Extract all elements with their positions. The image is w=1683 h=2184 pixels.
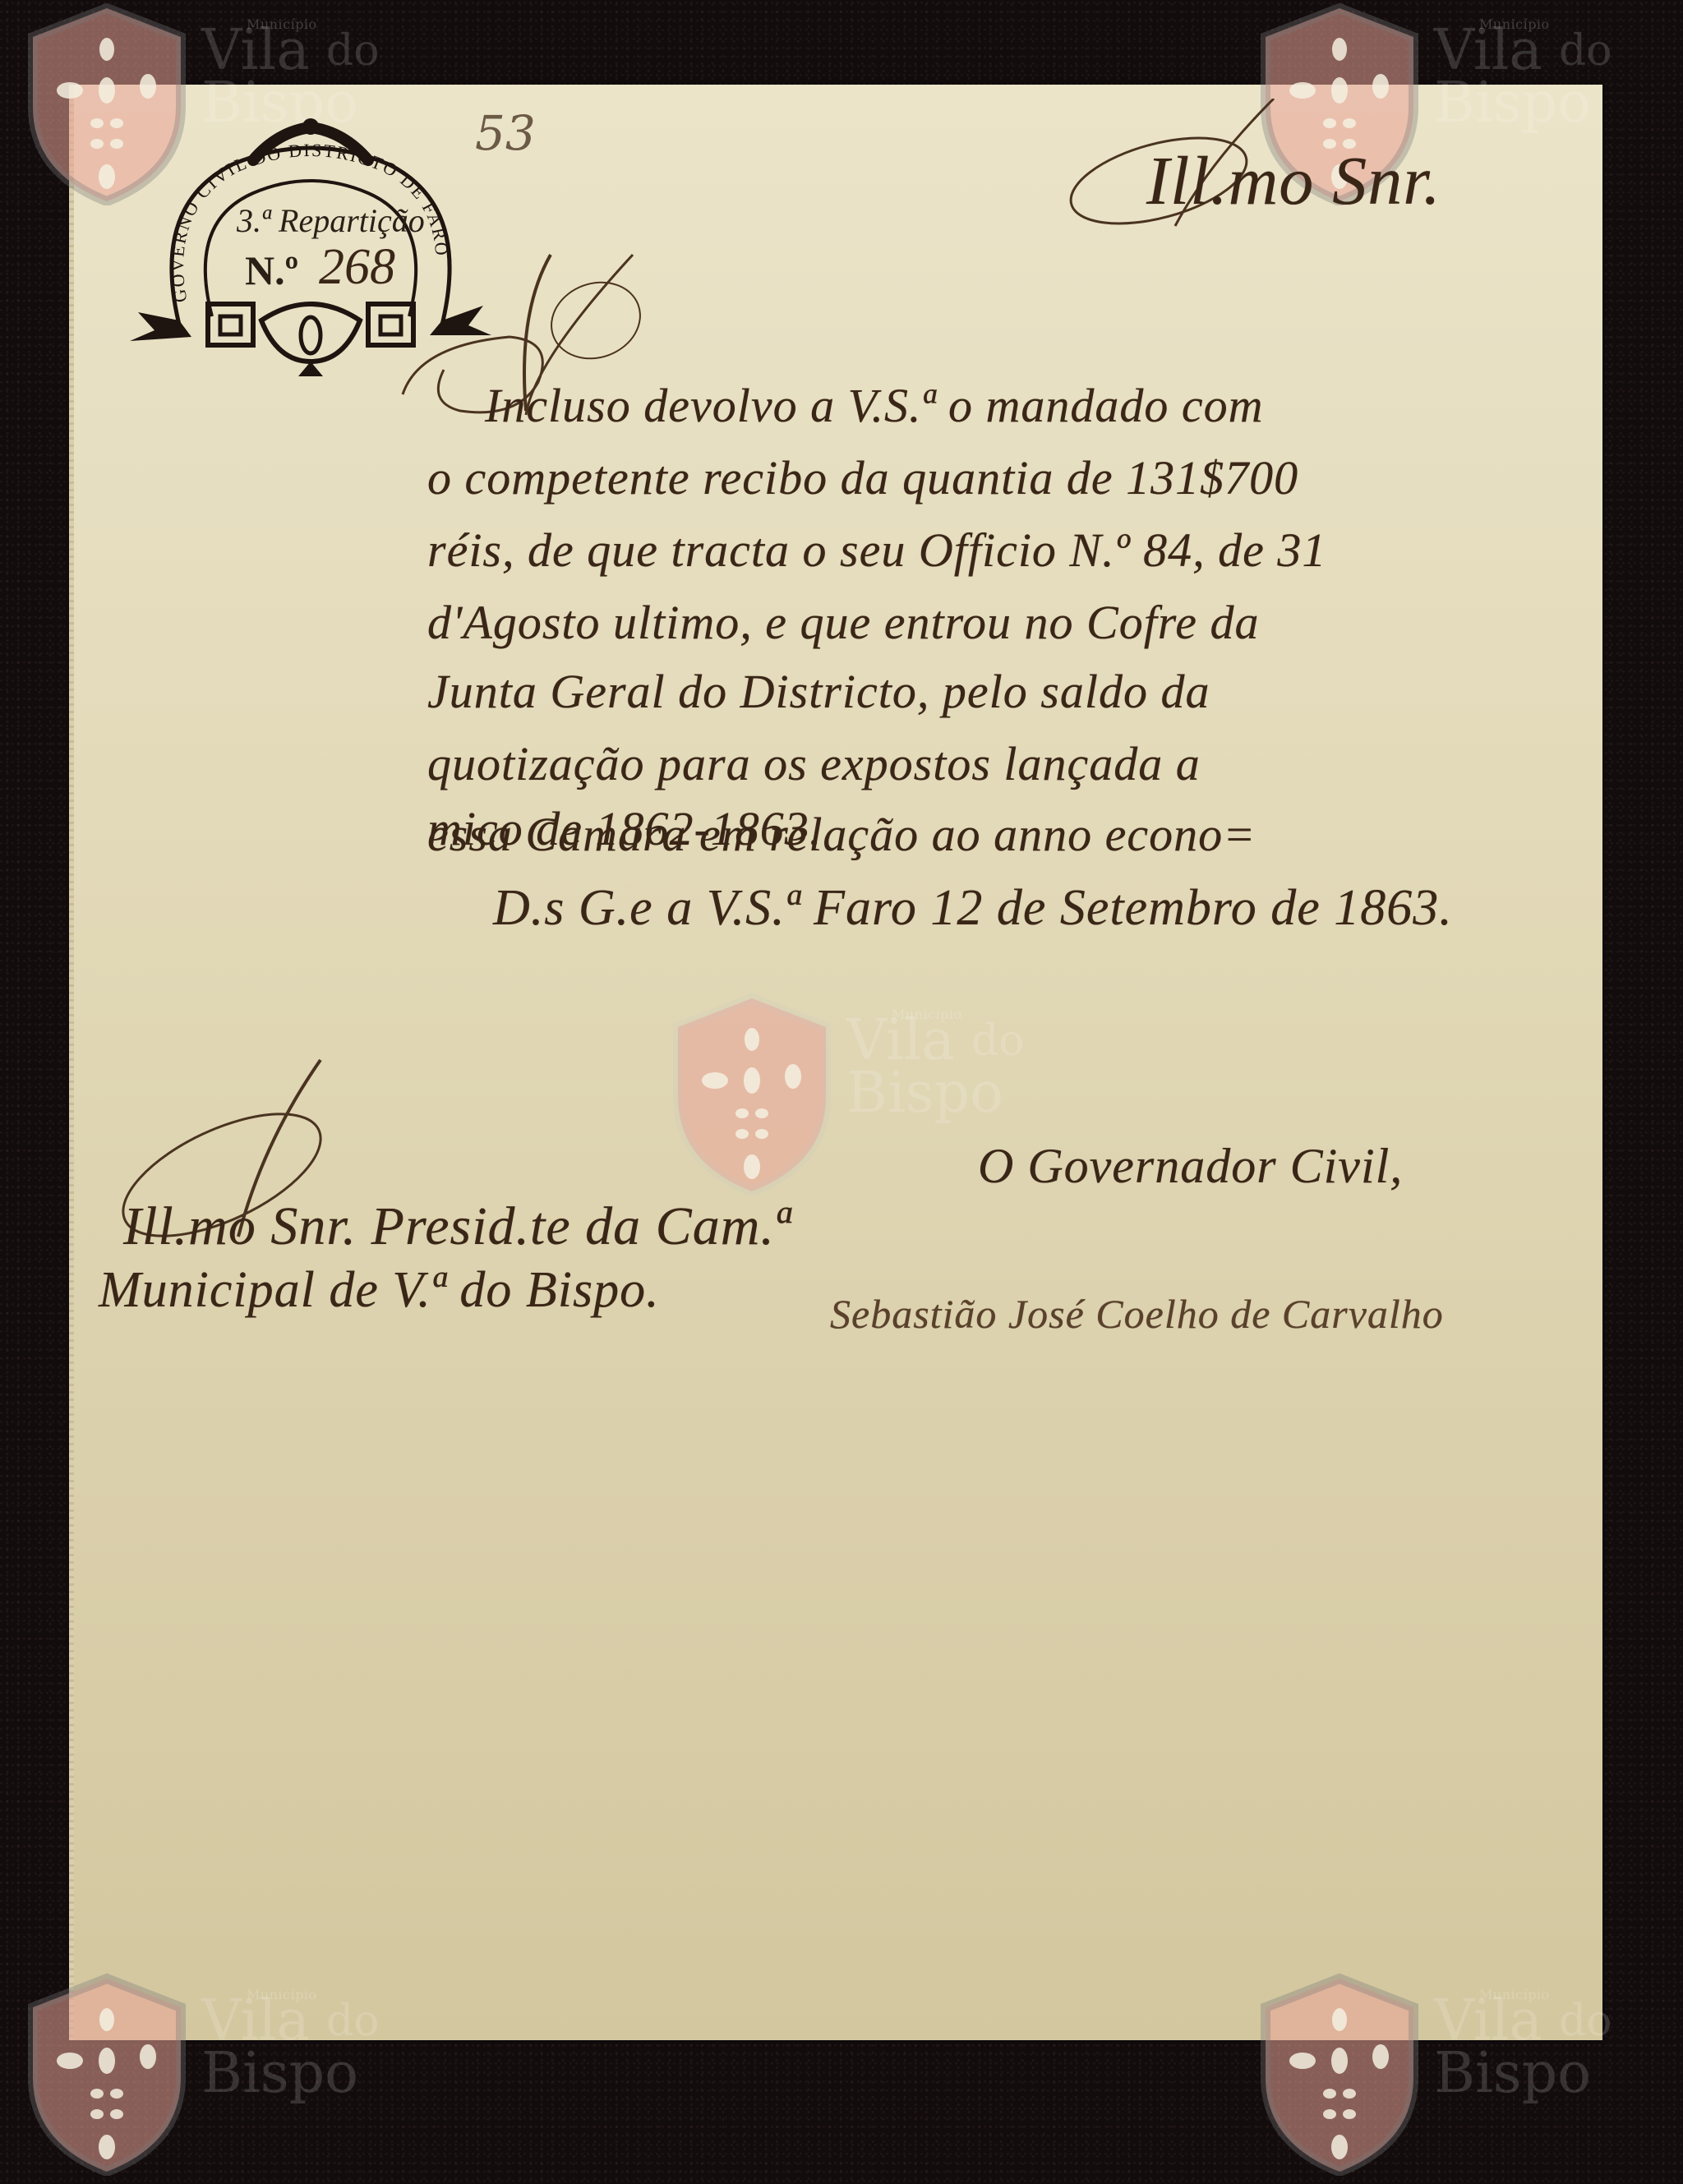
- body-line-3: réis, de que tracta o seu Officio N.º 84…: [427, 523, 1326, 578]
- governor-title: O Governador Civil,: [978, 1138, 1403, 1195]
- watermark-vila: Vila: [1434, 25, 1591, 77]
- watermark-vila: Vila: [201, 25, 358, 77]
- closing-date-line: D.s G.e a V.S.ª Faro 12 de Setembro de 1…: [493, 879, 1453, 938]
- stamp-emblem-icon: GOVERNO CIVIL DO DISTRICTO DE FARO: [130, 115, 491, 386]
- watermark-bispo: Bispo: [1434, 2048, 1591, 2100]
- body-line-8: mico de 1862-1863.: [427, 801, 822, 856]
- stamp-number: 268: [319, 238, 395, 297]
- watermark-small-text: Município: [1479, 16, 1550, 32]
- watermark-do: do: [326, 25, 380, 77]
- watermark-small-text: Município: [247, 16, 317, 32]
- watermark-do: do: [1559, 25, 1612, 77]
- stamp-number-label: N.º: [245, 247, 298, 294]
- signature: Sebastião José Coelho de Carvalho: [830, 1290, 1444, 1338]
- body-line-6: quotização para os expostos lançada a: [427, 736, 1201, 791]
- watermark-bispo: Bispo: [201, 2048, 358, 2100]
- government-stamp: GOVERNO CIVIL DO DISTRICTO DE FARO 3.ª R…: [130, 115, 491, 386]
- recipient-line-1: Ill.mo Snr. Presid.te da Cam.ª: [123, 1196, 791, 1258]
- body-line-4: d'Agosto ultimo, e que entrou no Cofre d…: [427, 595, 1259, 650]
- body-line-5: Junta Geral do Districto, pelo saldo da: [427, 664, 1210, 719]
- body-line-2: o competente recibo da quantia de 131$70…: [427, 450, 1298, 505]
- salutation: Ill.mo Snr.: [1146, 141, 1441, 221]
- body-line-1: Incluso devolvo a V.S.ª o mandado com: [485, 378, 1264, 433]
- stamp-section: 3.ª Repartição: [237, 201, 425, 240]
- recipient-line-2: Municipal de V.ª do Bispo.: [99, 1261, 660, 1320]
